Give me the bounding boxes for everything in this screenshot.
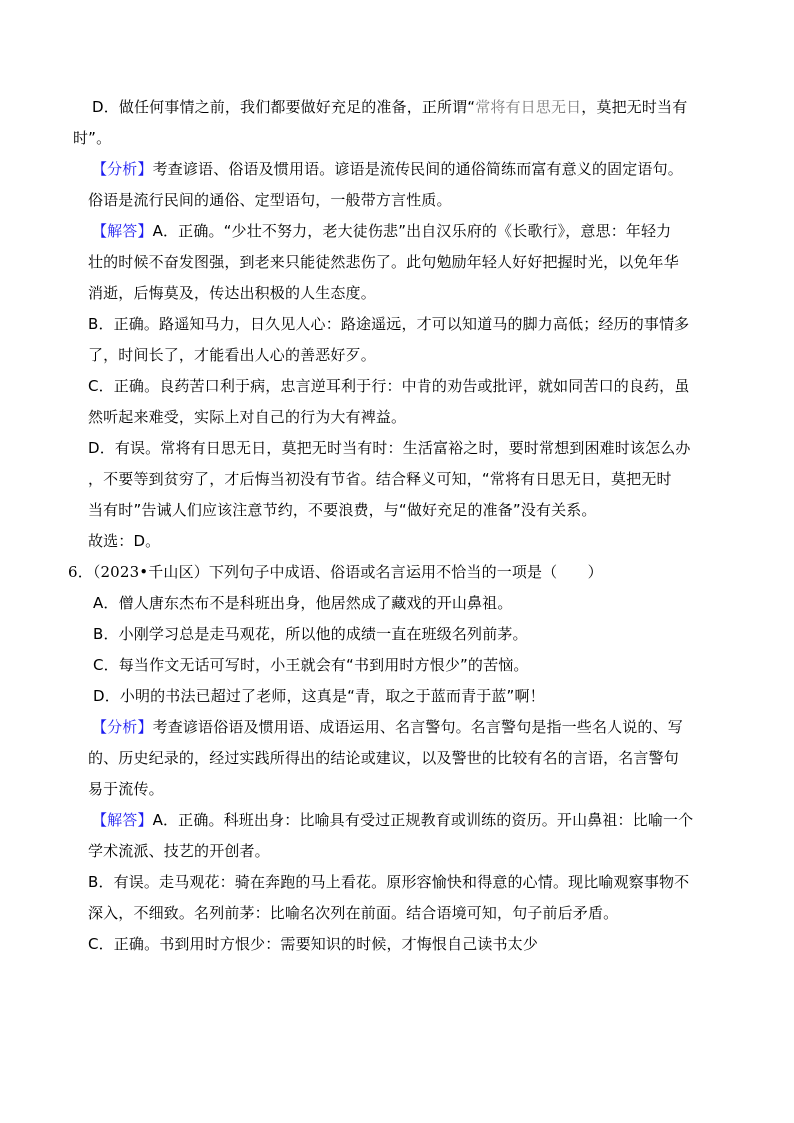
q5-option-d-line1: D．做任何事情之前，我们都要做好充足的准备，正所谓“常将有日思无日，莫把无时当有 xyxy=(0,92,794,123)
q5-answer-d-line1: D．有误。常将有日思无日，莫把无时当有时：生活富裕之时，要时常想到困难时该怎么办 xyxy=(0,433,794,464)
answer-tag: 【解答】 xyxy=(92,222,153,240)
answer-text: A．正确。科班出身：比喻具有受过正规教育或训练的资历。开山鼻祖：比喻一个 xyxy=(153,811,694,829)
q6-analysis-line2: 的、历史纪录的，经过实践所得出的结论或建议，以及警世的比较有名的言语，名言警句 xyxy=(0,743,794,774)
analysis-text: 考查谚语、俗语及惯用语。谚语是流传民间的通俗简练而富有意义的固定语句。 xyxy=(153,160,683,178)
q5-choice: 故选：D。 xyxy=(0,526,794,557)
question-stem: 下列句子中成语、俗语或名言运用不恰当的一项是（ ） xyxy=(209,563,603,581)
document-page: D．做任何事情之前，我们都要做好充足的准备，正所谓“常将有日思无日，莫把无时当有… xyxy=(0,92,794,960)
analysis-text: 考查谚语俗语及惯用语、成语运用、名言警句。名言警句是指一些名人说的、写 xyxy=(153,718,683,736)
answer-text: A．正确。“少壮不努力，老大徒伤悲”出自汉乐府的《长歌行》，意思：年轻力 xyxy=(153,222,672,240)
q6-option-a: A．僧人唐东杰布不是科班出身，他居然成了藏戏的开山鼻祖。 xyxy=(0,588,794,619)
q5-answer-d-line2: ，不要等到贫穷了，才后悔当初没有节省。结合释义可知，“常将有日思无日，莫把无时 xyxy=(0,464,794,495)
q5-answer-b-line1: B．正确。路遥知马力，日久见人心：路途遥远，才可以知道马的脚力高低；经历的事情多 xyxy=(0,309,794,340)
q5-answer-c-line1: C．正确。良药苦口利于病，忠言逆耳利于行：中肯的劝告或批评，就如同苦口的良药，虽 xyxy=(0,371,794,402)
q6-analysis-line1: 【分析】考查谚语俗语及惯用语、成语运用、名言警句。名言警句是指一些名人说的、写 xyxy=(0,712,794,743)
quote-text: ，莫把无时当有 xyxy=(581,98,687,116)
q5-answer-a-line3: 消逝，后悔莫及，传达出积极的人生态度。 xyxy=(0,278,794,309)
q6-analysis-line3: 易于流传。 xyxy=(0,774,794,805)
q6-stem: 6．（2023•千山区）下列句子中成语、俗语或名言运用不恰当的一项是（ ） xyxy=(0,557,794,588)
q6-answer-b-line2: 深入，不细致。名列前茅：比喻名次列在前面。结合语境可知，句子前后矛盾。 xyxy=(0,898,794,929)
q5-answer-c-line2: 然听起来难受，实际上对自己的行为大有裨益。 xyxy=(0,402,794,433)
q5-answer-a-line1: 【解答】A．正确。“少壮不努力，老大徒伤悲”出自汉乐府的《长歌行》，意思：年轻力 xyxy=(0,216,794,247)
q6-answer-a-line1: 【解答】A．正确。科班出身：比喻具有受过正规教育或训练的资历。开山鼻祖：比喻一个 xyxy=(0,805,794,836)
option-label: D． xyxy=(92,98,119,116)
q5-analysis-line1: 【分析】考查谚语、俗语及惯用语。谚语是流传民间的通俗简练而富有意义的固定语句。 xyxy=(0,154,794,185)
q5-answer-d-line3: 当有时”告诫人们应该注意节约，不要浪费，与“做好充足的准备”没有关系。 xyxy=(0,495,794,526)
q6-answer-b-line1: B．有误。走马观花：骑在奔跑的马上看花。原形容愉快和得意的心情。现比喻观察事物不 xyxy=(0,867,794,898)
question-source: （2023•千山区） xyxy=(93,563,209,581)
quote-grey-text: 常将有日思无日 xyxy=(475,98,581,116)
q6-option-d: D．小明的书法已超过了老师，这真是“青，取之于蓝而青于蓝”啊！ xyxy=(0,681,794,712)
analysis-tag: 【分析】 xyxy=(92,718,153,736)
q6-answer-a-line2: 学术流派、技艺的开创者。 xyxy=(0,836,794,867)
q5-analysis-line2: 俗语是流行民间的通俗、定型语句，一般带方言性质。 xyxy=(0,185,794,216)
option-text: 做任何事情之前，我们都要做好充足的准备，正所谓“ xyxy=(119,98,475,116)
answer-tag: 【解答】 xyxy=(92,811,153,829)
analysis-tag: 【分析】 xyxy=(92,160,153,178)
q6-answer-c-line1: C．正确。书到用时方恨少：需要知识的时候，才悔恨自己读书太少 xyxy=(0,929,794,960)
q5-option-d-line2: 时”。 xyxy=(0,123,794,154)
question-number: 6． xyxy=(68,563,93,581)
q6-option-c: C．每当作文无话可写时，小王就会有“书到用时方恨少”的苦恼。 xyxy=(0,650,794,681)
q5-answer-a-line2: 壮的时候不奋发图强，到老来只能徒然悲伤了。此句勉励年轻人好好把握时光，以免年华 xyxy=(0,247,794,278)
q5-answer-b-line2: 了，时间长了，才能看出人心的善恶好歹。 xyxy=(0,340,794,371)
q6-option-b: B．小刚学习总是走马观花，所以他的成绩一直在班级名列前茅。 xyxy=(0,619,794,650)
